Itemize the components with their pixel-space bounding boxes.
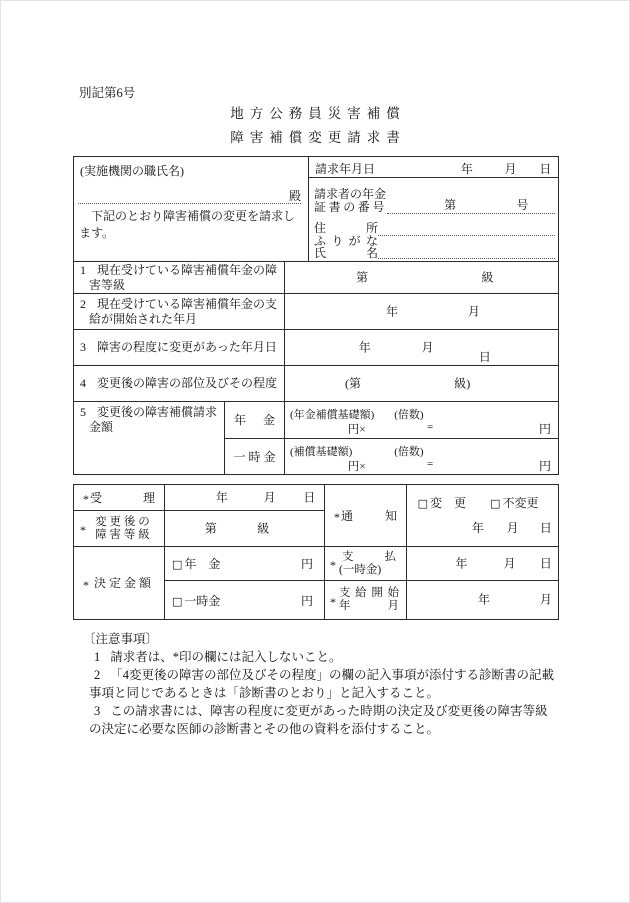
row1-label: 1現在受けている障害補償年金の障害等級 [74,262,285,293]
note-item-1: 1請求者は、*印の欄には記入しないこと。 [89,648,559,666]
yen-unit: 円 [301,555,313,572]
decision-lump-sum-field[interactable]: □一時金 円 [165,581,325,619]
table-row: 2現在受けている障害補償年金の支給が開始された年月 年 月 [74,294,558,330]
pension-cert-number-field[interactable]: 第 号 [387,199,555,214]
table-row: 3障害の程度に変更があった年月日 年 月 日 [74,330,558,366]
checkbox-icon: □ [172,595,182,608]
request-statement: 下記のとおり障害補償の変更を請求します。 [79,208,304,242]
no-change-checkbox[interactable]: □不変更 [490,494,538,511]
pension-checkbox[interactable]: □年 金 [172,555,220,572]
asterisk: * [334,510,340,525]
post-change-grade-field[interactable]: 第 級 [165,511,325,547]
agency-label: (実施機関の職氏名) [80,162,184,179]
address-field[interactable] [378,222,555,236]
lump-sum-amount-field[interactable]: (補償基礎額) (倍数) 円× = 円 [285,439,558,475]
admin-table: * 受 理 年 月 日 * 通 知 □変 更 □不変更 年 月 日 * [73,484,559,620]
row3-value-field[interactable]: 年 月 日 [285,330,558,365]
checkbox-icon: □ [172,558,182,571]
asterisk: * [330,595,336,610]
claimant-table: (実施機関の職氏名) 殿 下記のとおり障害補償の変更を請求します。 請求年月日 … [73,156,559,475]
asterisk: * [83,578,89,593]
asterisk: * [330,558,336,573]
pension-cert-label: 請求者の年金 証書の番号 [314,188,387,214]
row2-value-field[interactable]: 年 月 [285,294,558,329]
unit-month: 月 [504,160,516,177]
form-number: 別記第6号 [79,83,135,101]
payment-label-cell: * 支 払 (一時金) [325,547,407,581]
agency-cell: (実施機関の職氏名) 殿 下記のとおり障害補償の変更を請求します。 [74,157,309,261]
checkbox-icon: □ [490,497,500,510]
payment-start-label-cell: * 支 給 開 始 年 月 [325,581,407,619]
agency-name-field[interactable]: 殿 [78,187,301,204]
post-change-grade-label-cell: * 変 更 後 の 障 害 等 級 [74,511,165,547]
claim-date-row[interactable]: 請求年月日 年 月 日 [309,157,558,178]
pension-cert-row: 請求者の年金 証書の番号 第 号 [309,178,558,215]
payment-date-field[interactable]: 年 月 日 [407,547,558,581]
cert-suffix: 号 [516,196,528,213]
row5-amounts: 年 金 (年金補償基礎額) (倍数) 円× = 円 一 時 金 [225,402,558,474]
table-row: 4変更後の障害の部位及びその程度 (第 級) [74,366,558,402]
row2-label: 2現在受けている障害補償年金の支給が開始された年月 [74,294,285,329]
note-item-2: 2「4変更後の障害の部位及びその程度」の欄の記入事項が添付する診断書の記載事項と… [89,666,559,702]
pension-type-label: 年 金 [225,402,285,438]
pension-amount-row: 年 金 (年金補償基礎額) (倍数) 円× = 円 [225,402,558,439]
claim-date-label: 請求年月日 [315,160,375,177]
pension-amount-field[interactable]: (年金補償基礎額) (倍数) 円× = 円 [285,402,558,438]
claimant-info-cell: 請求年月日 年 月 日 請求者の年金 証書の番号 第 号 [309,157,558,261]
table-row5: 5変更後の障害補償請求金額 年 金 (年金補償基礎額) (倍数) 円× = 円 [74,402,558,474]
unit-day: 日 [539,160,551,177]
receipt-label-cell: * 受 理 [74,485,165,511]
claimant-header-section: (実施機関の職氏名) 殿 下記のとおり障害補償の変更を請求します。 請求年月日 … [74,157,558,262]
form-page: 別記第6号 地方公務員災害補償 障害補償変更請求書 (実施機関の職氏名) 殿 下… [0,0,630,903]
lump-sum-checkbox[interactable]: □一時金 [172,592,220,609]
unit-year: 年 [461,160,473,177]
row1-value-field[interactable]: 第 級 [285,262,558,293]
payment-start-date-field[interactable]: 年 月 [407,581,558,619]
name-field[interactable] [378,245,555,259]
receipt-date-field[interactable]: 年 月 日 [165,485,325,511]
checkbox-icon: □ [418,497,428,510]
note-item-3: 3この請求書には、障害の程度に変更があった時期の決定及び変更後の障害等級の決定に… [89,702,559,738]
table-row: 1現在受けている障害補償年金の障害等級 第 級 [74,262,558,294]
decision-amount-label-cell: * 決 定 金 額 [74,547,165,619]
name-kanji-label: 氏 名 [314,247,378,259]
notice-label-cell: * 通 知 [325,485,407,547]
row3-label: 3障害の程度に変更があった年月日 [74,330,285,365]
lump-sum-amount-row: 一 時 金 (補償基礎額) (倍数) 円× = 円 [225,439,558,475]
row4-value-field[interactable]: (第 級) [285,366,558,401]
form-title-line2: 障害補償変更請求書 [1,126,629,146]
asterisk: * [80,523,86,538]
notes-section: 〔注意事項〕 1請求者は、*印の欄には記入しないこと。 2「4変更後の障害の部位… [89,630,559,738]
dono-label: 殿 [289,189,301,203]
notice-result-cell: □変 更 □不変更 年 月 日 [407,485,558,547]
name-label: ふ り が な 氏 名 [314,235,378,259]
change-checkbox[interactable]: □変 更 [418,494,466,511]
yen-unit: 円 [301,592,313,609]
cert-prefix: 第 [444,196,456,213]
name-row: ふ り が な 氏 名 [309,238,558,261]
row4-label: 4変更後の障害の部位及びその程度 [74,366,285,401]
asterisk: * [83,492,89,507]
lump-sum-type-label: 一 時 金 [225,439,285,475]
notes-heading: 〔注意事項〕 [83,630,559,648]
decision-pension-field[interactable]: □年 金 円 [165,547,325,581]
form-title-line1: 地方公務員災害補償 [1,102,629,122]
row5-label: 5変更後の障害補償請求金額 [74,402,225,474]
